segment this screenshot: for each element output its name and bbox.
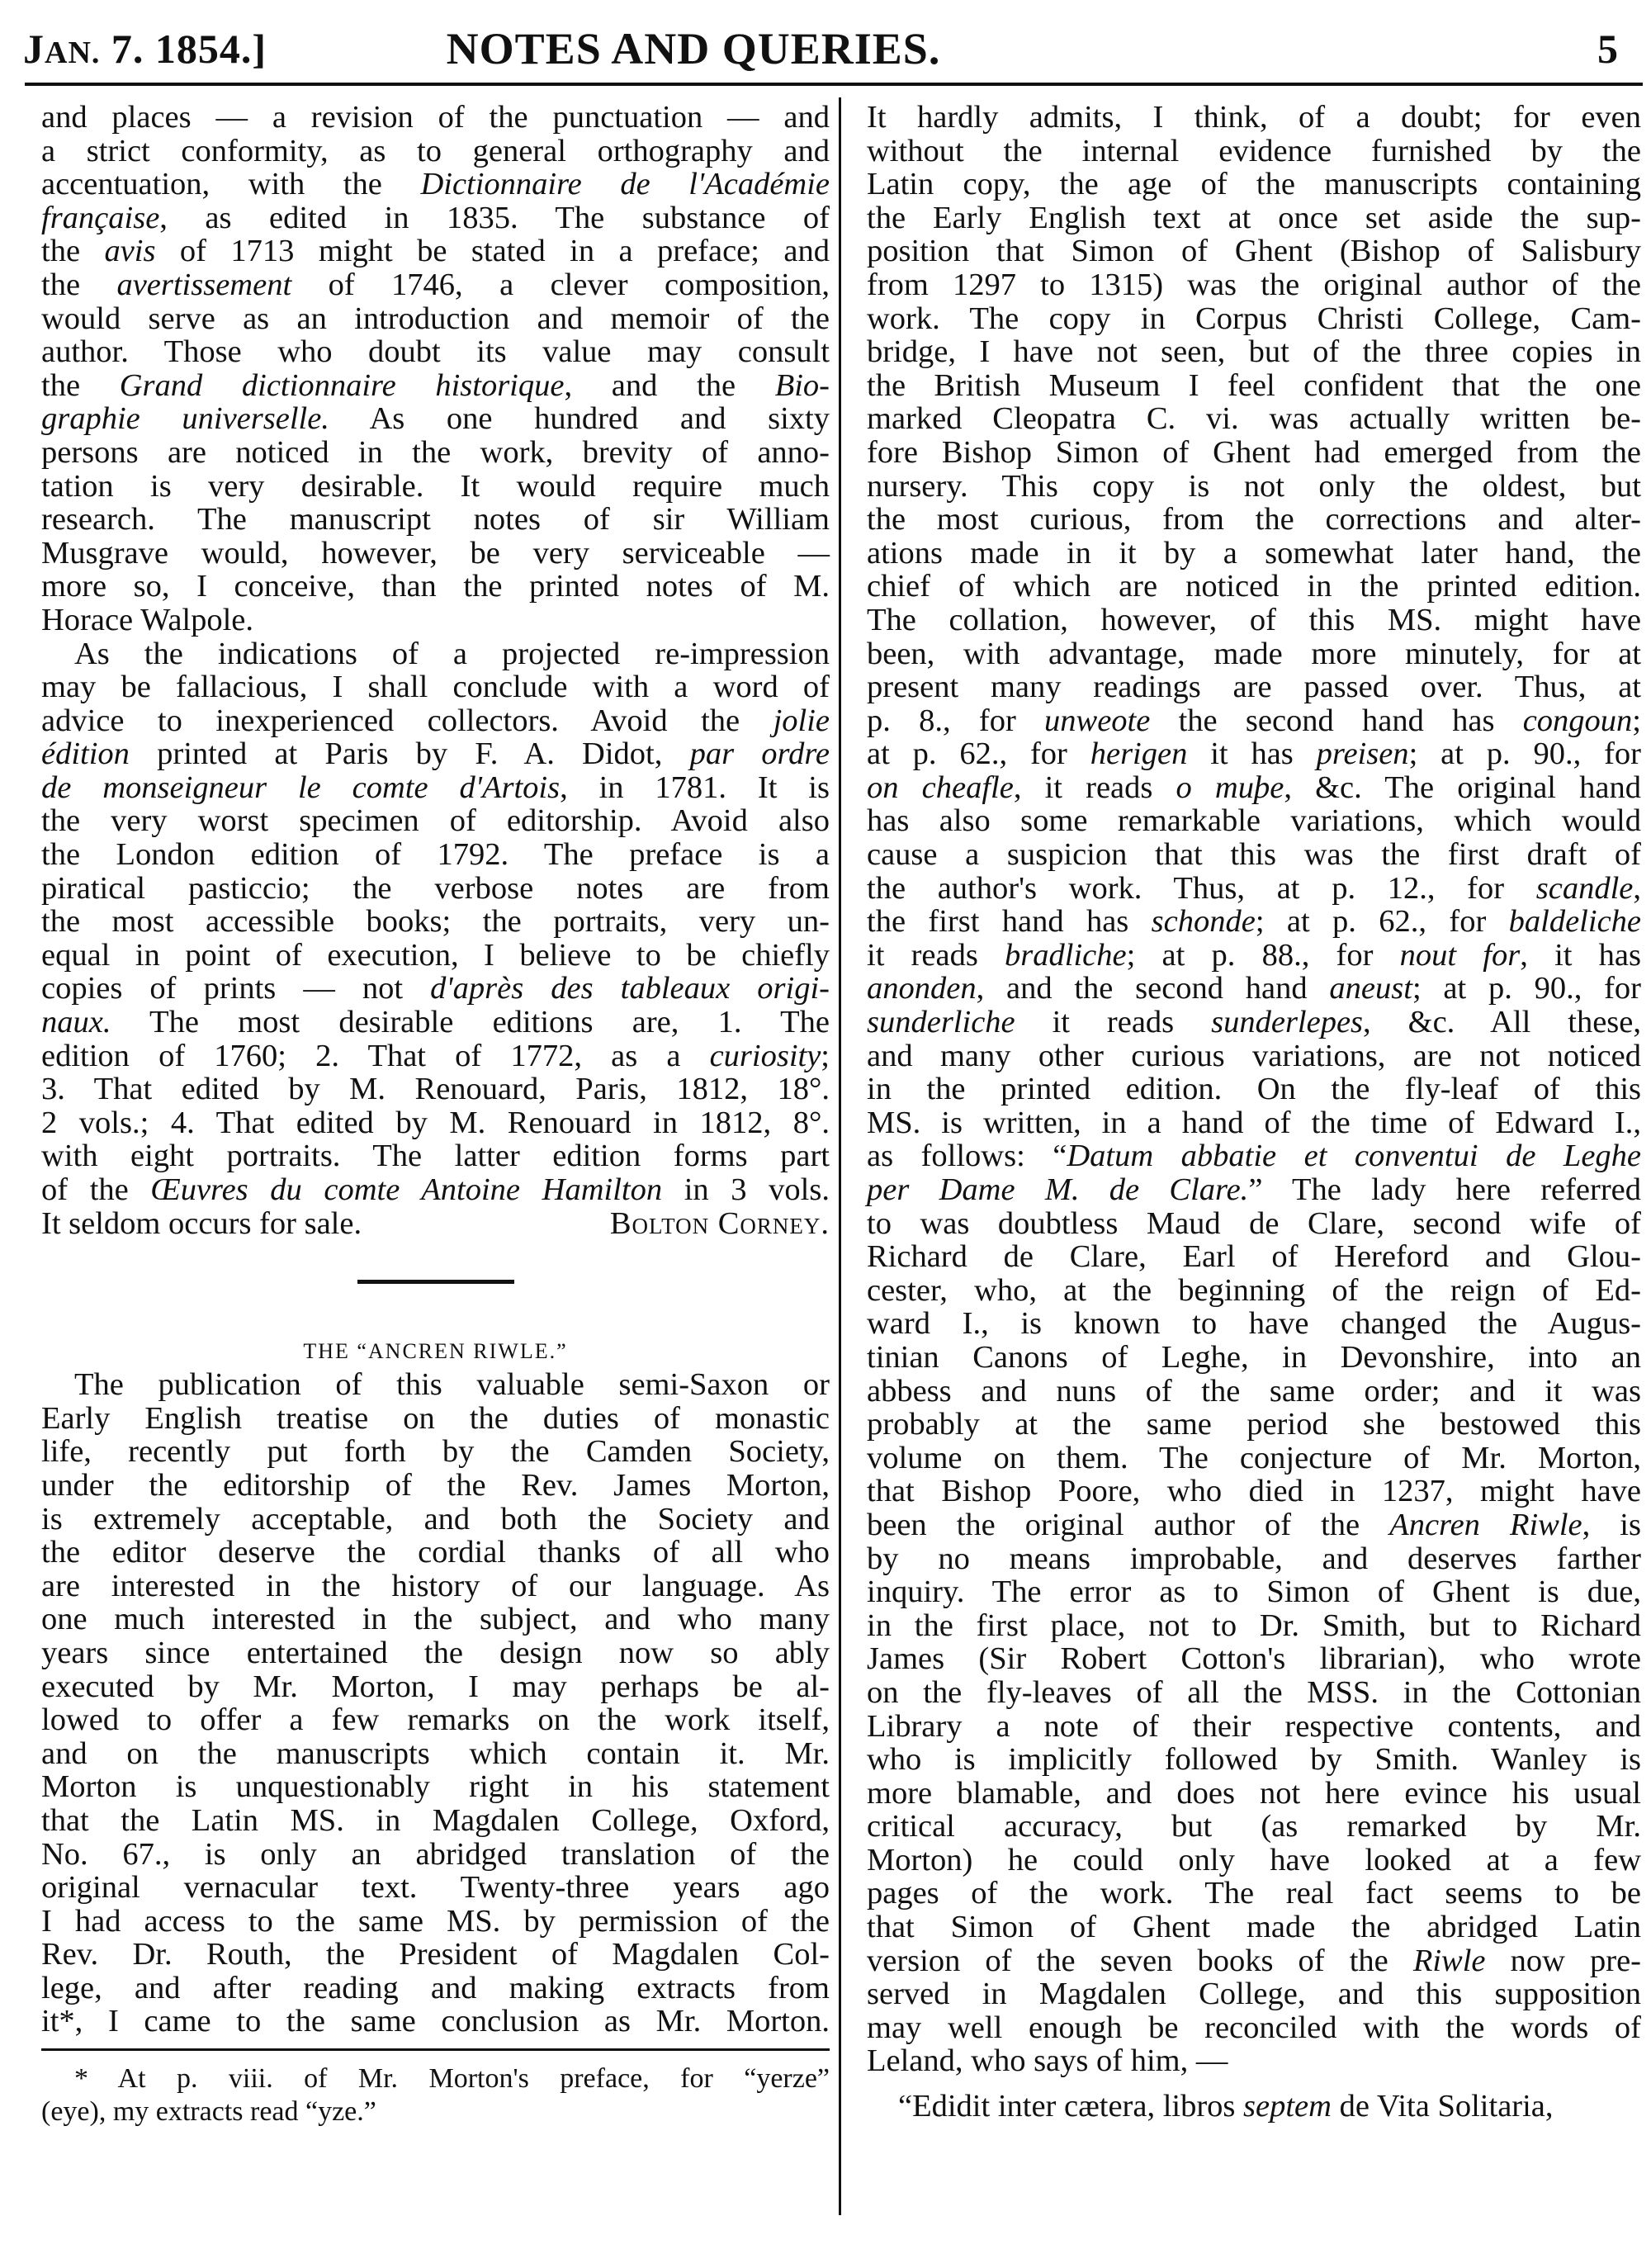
- letter-continuation: and places — a revision of the punctuati…: [41, 101, 830, 637]
- text-line: in the printed edition. On the fly-leaf …: [867, 1072, 1641, 1106]
- text-line: The collation, however, of this MS. migh…: [867, 604, 1641, 637]
- section-divider: [357, 1280, 514, 1284]
- text-line: that the Latin MS. in Magdalen College, …: [41, 1804, 830, 1838]
- text-line: the author's work. Thus, at p. 12., for …: [867, 872, 1641, 906]
- text-line: more blamable, and does not here evince …: [867, 1777, 1641, 1811]
- text-line: the Grand dictionnaire historique, and t…: [41, 369, 830, 403]
- text-line: in the first place, not to Dr. Smith, bu…: [867, 1609, 1641, 1643]
- text-line: original vernacular text. Twenty-three y…: [41, 1871, 830, 1905]
- text-line: lowed to offer a few remarks on the work…: [41, 1703, 830, 1737]
- text-line: inquiry. The error as to Simon of Ghent …: [867, 1575, 1641, 1609]
- text-line: anonden, and the second hand aneust; at …: [867, 972, 1641, 1006]
- text-line: work. The copy in Corpus Christi College…: [867, 302, 1641, 336]
- text-line: the very worst specimen of editorship. A…: [41, 804, 830, 838]
- text-line: present many readings are passed over. T…: [867, 670, 1641, 704]
- text-line: Horace Walpole.: [41, 604, 830, 637]
- text-line: the avis of 1713 might be stated in a pr…: [41, 234, 830, 268]
- article-continuation: It hardly admits, I think, of a doubt; f…: [867, 101, 1641, 2078]
- text-line: Library a note of their respective conte…: [867, 1710, 1641, 1744]
- text-line: advice to inexperienced collectors. Avoi…: [41, 704, 830, 738]
- text-line: as follows: “Datum abbatie et conventui …: [867, 1139, 1641, 1173]
- text-line: Leland, who says of him, —: [867, 2044, 1641, 2078]
- text-line: No. 67., is only an abridged translation…: [41, 1838, 830, 1872]
- text-line: As the indications of a projected re-imp…: [41, 637, 830, 671]
- text-line: on the fly-leaves of all the MSS. in the…: [867, 1676, 1641, 1710]
- text-line: the Early English text at once set aside…: [867, 201, 1641, 235]
- text-line: Musgrave would, however, be very service…: [41, 537, 830, 571]
- header-rule: [25, 83, 1643, 86]
- text-line: who is implicitly followed by Smith. Wan…: [867, 1743, 1641, 1777]
- text-line: lege, and after reading and making extra…: [41, 1972, 830, 2005]
- footnote-rule: [41, 2048, 830, 2051]
- text-line: without the internal evidence furnished …: [867, 135, 1641, 168]
- text-line: the avertissement of 1746, a clever comp…: [41, 268, 830, 302]
- leland-quote: “Edidit inter cætera, libros septem de V…: [867, 2090, 1641, 2124]
- closing-line: It seldom occurs for sale. Bolton Corney…: [41, 1207, 830, 1241]
- text-line: ations made in it by a somewhat later ha…: [867, 537, 1641, 571]
- text-line: edition of 1760; 2. That of 1772, as a c…: [41, 1039, 830, 1073]
- text-line: to was doubtless Maud de Clare, second w…: [867, 1207, 1641, 1241]
- text-line: from 1297 to 1315) was the original auth…: [867, 268, 1641, 302]
- text-line: version of the seven books of the Riwle …: [867, 1944, 1641, 1978]
- text-line: nursery. This copy is not only the oldes…: [867, 470, 1641, 504]
- text-line: the London edition of 1792. The preface …: [41, 838, 830, 872]
- text-line: bridge, I have not seen, but of the thre…: [867, 335, 1641, 369]
- text-line: one much interested in the subject, and …: [41, 1603, 830, 1636]
- text-line: Rev. Dr. Routh, the President of Magdale…: [41, 1938, 830, 1972]
- text-line: James (Sir Robert Cotton's librarian), w…: [867, 1642, 1641, 1676]
- page-header: JAN. 7. 1854.] NOTES AND QUERIES. 5: [0, 0, 1651, 99]
- text-line: Latin copy, the age of the manuscripts c…: [867, 168, 1641, 201]
- text-line: the editor deserve the cordial thanks of…: [41, 1536, 830, 1570]
- text-line: tinian Canons of Leghe, in Devonshire, i…: [867, 1341, 1641, 1375]
- text-line: it*, I came to the same conclusion as Mr…: [41, 2005, 830, 2038]
- text-line: 2 vols.; 4. That edited by M. Renouard i…: [41, 1106, 830, 1140]
- text-line: Morton) he could only have looked at a f…: [867, 1844, 1641, 1877]
- article-body: The publication of this valuable semi-Sa…: [41, 1368, 830, 2038]
- text-line: chief of which are noticed in the printe…: [867, 570, 1641, 604]
- text-line: served in Magdalen College, and this sup…: [867, 1977, 1641, 2011]
- text-line: piratical pasticcio; the verbose notes a…: [41, 872, 830, 906]
- text-line: volume on them. The conjecture of Mr. Mo…: [867, 1442, 1641, 1475]
- text-line: pages of the work. The real fact seems t…: [867, 1877, 1641, 1911]
- author-signature: Bolton Corney.: [610, 1207, 830, 1241]
- text-line: * At p. viii. of Mr. Morton's preface, f…: [41, 2062, 830, 2095]
- left-column: and places — a revision of the punctuati…: [41, 101, 830, 2128]
- text-line: abbess and nuns of the same order; and i…: [867, 1375, 1641, 1409]
- text-line: it reads bradliche; at p. 88., for nout …: [867, 939, 1641, 973]
- text-line: naux. The most desirable editions are, 1…: [41, 1006, 830, 1039]
- text-line: édition printed at Paris by F. A. Didot,…: [41, 737, 830, 771]
- text-line: with eight portraits. The latter edition…: [41, 1139, 830, 1173]
- section-heading: THE “ANCREN RIWLE.”: [41, 1335, 830, 1368]
- text-line: Richard de Clare, Earl of Hereford and G…: [867, 1240, 1641, 1274]
- text-line: MS. is written, in a hand of the time of…: [867, 1106, 1641, 1140]
- text-line: author. Those who doubt its value may co…: [41, 335, 830, 369]
- text-line: a strict conformity, as to general ortho…: [41, 135, 830, 168]
- text-line: that Simon of Ghent made the abridged La…: [867, 1911, 1641, 1944]
- right-column: It hardly admits, I think, of a doubt; f…: [867, 101, 1641, 2124]
- text-line: marked Cleopatra C. vi. was actually wri…: [867, 402, 1641, 436]
- text-line: on cheafle, it reads o muþe, &c. The ori…: [867, 771, 1641, 805]
- column-divider: [839, 97, 841, 2215]
- text-line: cause a suspicion that this was the firs…: [867, 838, 1641, 872]
- journal-title: NOTES AND QUERIES.: [0, 23, 1519, 74]
- text-line: that Bishop Poore, who died in 1237, mig…: [867, 1475, 1641, 1508]
- text-line: been the original author of the Ancren R…: [867, 1508, 1641, 1542]
- text-line: by no means improbable, and deserves far…: [867, 1542, 1641, 1576]
- text-line: the first hand has schonde; at p. 62., f…: [867, 905, 1641, 939]
- text-line: The publication of this valuable semi-Sa…: [41, 1368, 830, 1402]
- text-line: persons are noticed in the work, brevity…: [41, 436, 830, 470]
- text-line: graphie universelle. As one hundred and …: [41, 402, 830, 436]
- text-line: are interested in the history of our lan…: [41, 1570, 830, 1603]
- closing-text: It seldom occurs for sale.: [41, 1207, 362, 1241]
- letter-paragraph-2: As the indications of a projected re-imp…: [41, 637, 830, 1207]
- text-line: years since entertained the design now s…: [41, 1636, 830, 1670]
- text-line: executed by Mr. Morton, I may perhaps be…: [41, 1670, 830, 1704]
- text-line: and many other curious variations, are n…: [867, 1039, 1641, 1073]
- text-line: and places — a revision of the punctuati…: [41, 101, 830, 135]
- text-line: under the editorship of the Rev. James M…: [41, 1469, 830, 1503]
- text-line: per Dame M. de Clare.” The lady here ref…: [867, 1173, 1641, 1207]
- text-line: and on the manuscripts which contain it.…: [41, 1737, 830, 1771]
- text-line: I had access to the same MS. by permissi…: [41, 1905, 830, 1939]
- text-line: critical accuracy, but (as remarked by M…: [867, 1810, 1641, 1844]
- text-line: more so, I conceive, than the printed no…: [41, 570, 830, 604]
- text-line: tation is very desirable. It would requi…: [41, 470, 830, 504]
- text-line: been, with advantage, made more minutely…: [867, 637, 1641, 671]
- text-line: of the Œuvres du comte Antoine Hamilton …: [41, 1173, 830, 1207]
- text-line: cester, who, at the beginning of the rei…: [867, 1274, 1641, 1308]
- text-line: may be fallacious, I shall conclude with…: [41, 670, 830, 704]
- text-line: de monseigneur le comte d'Artois, in 178…: [41, 771, 830, 805]
- text-line: life, recently put forth by the Camden S…: [41, 1435, 830, 1469]
- text-line: fore Bishop Simon of Ghent had emerged f…: [867, 436, 1641, 470]
- text-line: equal in point of execution, I believe t…: [41, 939, 830, 973]
- text-line: sunderliche it reads sunderlepes, &c. Al…: [867, 1006, 1641, 1039]
- text-line: has also some remarkable variations, whi…: [867, 804, 1641, 838]
- text-line: the most accessible books; the portraits…: [41, 905, 830, 939]
- text-line: copies of prints — not d'après des table…: [41, 972, 830, 1006]
- text-line: would serve as an introduction and memoi…: [41, 302, 830, 336]
- text-line: (eye), my extracts read “yze.”: [41, 2095, 830, 2128]
- text-line: Morton is unquestionably right in his st…: [41, 1770, 830, 1804]
- text-line: Early English treatise on the duties of …: [41, 1402, 830, 1436]
- text-line: accentuation, with the Dictionnaire de l…: [41, 168, 830, 201]
- text-line: at p. 62., for herigen it has preisen; a…: [867, 737, 1641, 771]
- text-line: probably at the same period she bestowed…: [867, 1408, 1641, 1442]
- text-line: 3. That edited by M. Renouard, Paris, 18…: [41, 1072, 830, 1106]
- text-line: ward I., is known to have changed the Au…: [867, 1307, 1641, 1341]
- text-line: position that Simon of Ghent (Bishop of …: [867, 234, 1641, 268]
- page-number: 5: [1597, 25, 1618, 73]
- text-line: française, as edited in 1835. The substa…: [41, 201, 830, 235]
- text-line: research. The manuscript notes of sir Wi…: [41, 503, 830, 537]
- text-line: the British Museum I feel confident that…: [867, 369, 1641, 403]
- text-line: is extremely acceptable, and both the So…: [41, 1503, 830, 1536]
- footnote: * At p. viii. of Mr. Morton's preface, f…: [41, 2062, 830, 2128]
- text-line: the most curious, from the corrections a…: [867, 503, 1641, 537]
- text-line: may well enough be reconciled with the w…: [867, 2011, 1641, 2045]
- text-line: It hardly admits, I think, of a doubt; f…: [867, 101, 1641, 135]
- text-line: p. 8., for unweote the second hand has c…: [867, 704, 1641, 738]
